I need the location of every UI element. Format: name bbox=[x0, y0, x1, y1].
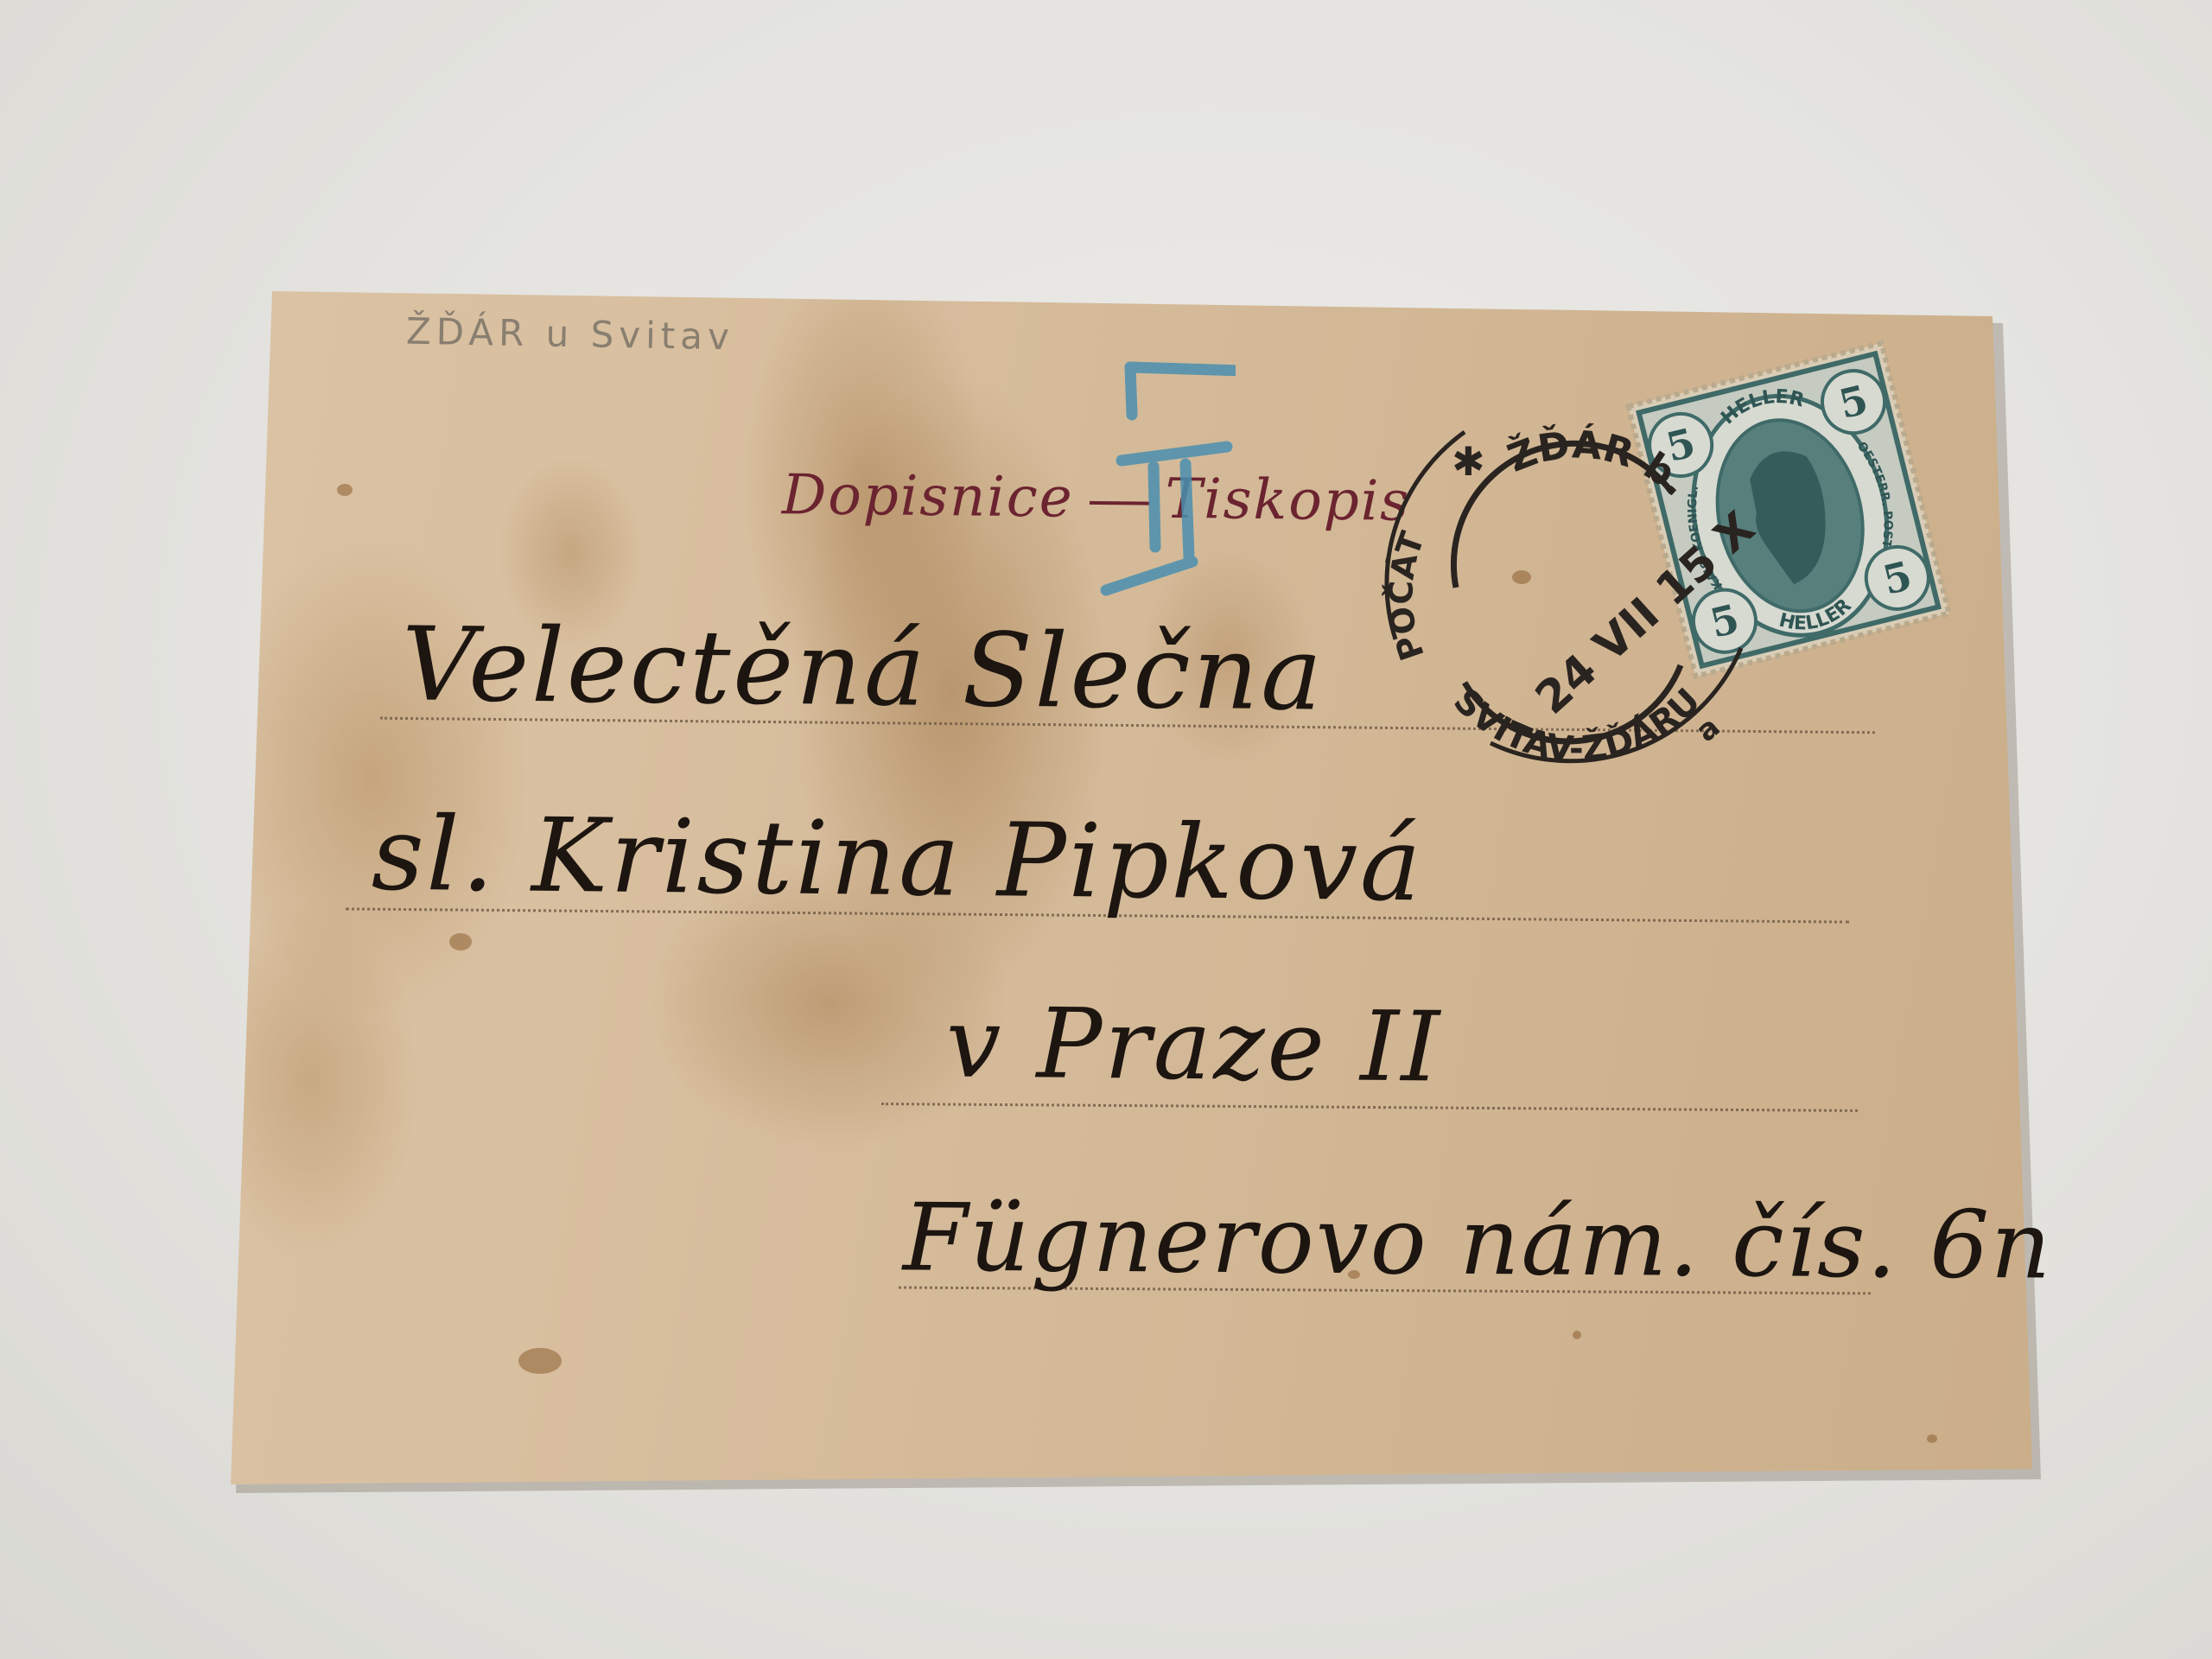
postmark-date: 24 VII 15 X bbox=[1526, 502, 1765, 724]
blue-crayon-mark-icon bbox=[1071, 350, 1236, 601]
postmark: ŽĎÁR b. SVITAV-ŽĎÁRU POČÁT ✱ a 24 VII 15… bbox=[1361, 380, 1793, 812]
address-line-city: v Praze II bbox=[945, 987, 1442, 1103]
header-dopisnice: Dopisnice bbox=[782, 463, 1074, 531]
photo-scene: ŽĎÁR u Svitav DopisniceTiskopis Velectěn… bbox=[0, 0, 2212, 1659]
address-line-street: Fügnerovo nám. čís. 6n bbox=[903, 1184, 2053, 1300]
address-line-salutation: Velectěná Slečna bbox=[401, 604, 1325, 733]
svg-text:POČÁT: POČÁT bbox=[1382, 527, 1432, 665]
postcard-content: ŽĎÁR u Svitav DopisniceTiskopis Velectěn… bbox=[0, 0, 2212, 1659]
address-line-recipient: sl. Kristina Pipková bbox=[371, 794, 1424, 925]
pencil-note: ŽĎÁR u Svitav bbox=[406, 310, 735, 359]
postmark-star-icon: ✱ bbox=[1452, 438, 1485, 485]
address-rule-3 bbox=[881, 1103, 1858, 1112]
svg-text:ŽĎÁR b.: ŽĎÁR b. bbox=[1501, 421, 1697, 505]
